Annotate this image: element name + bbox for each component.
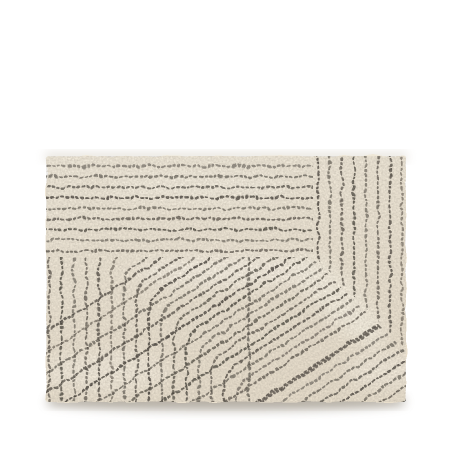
rug-photo bbox=[0, 0, 450, 450]
wool-grain-overlay bbox=[46, 156, 406, 402]
photo-canvas bbox=[0, 0, 450, 450]
